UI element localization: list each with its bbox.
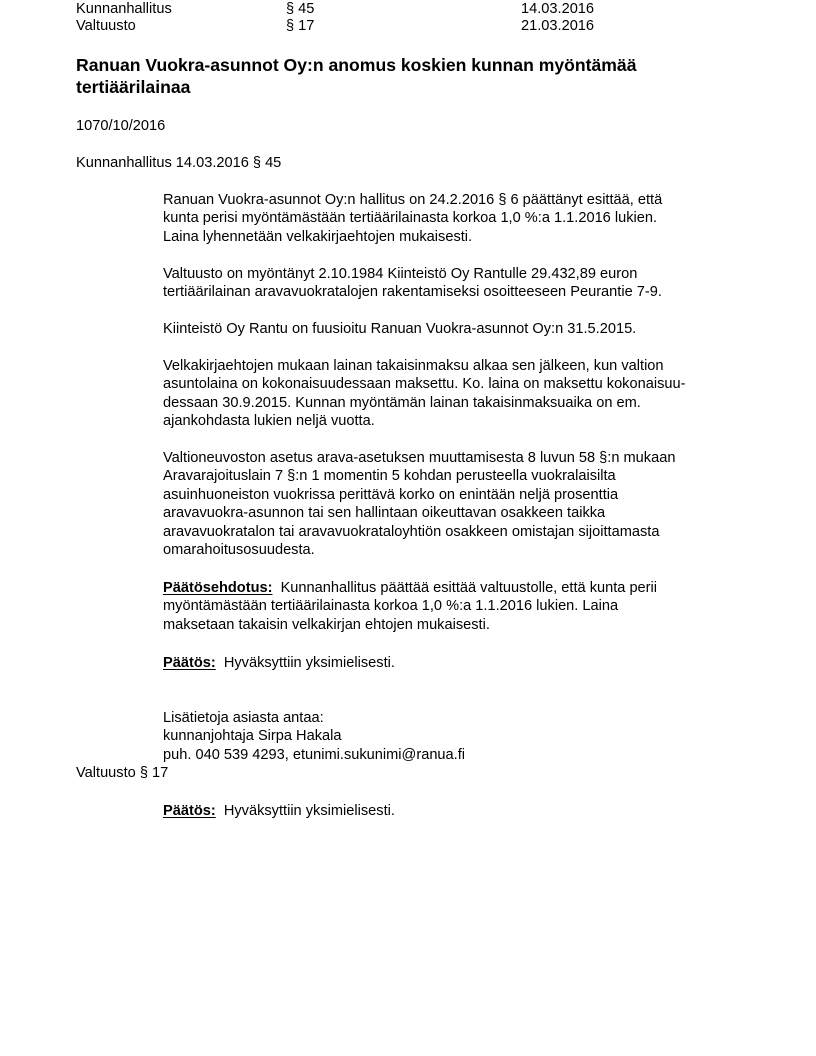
proposal-text: Kunnanhallitus päättää esittää valtuusto… [281,580,657,596]
decision-label: Päätös: [163,803,216,819]
contact-info: Lisätietoja asiasta antaa: kunnanjohtaja… [163,709,753,764]
text-line: asuinhuoneiston vuokrissa perittävä kork… [163,486,753,504]
paragraph-valtuusto-laina: Valtuusto on myöntänyt 2.10.1984 Kiintei… [163,265,753,302]
decision-proposal: Päätösehdotus: Kunnanhallitus päättää es… [163,579,753,634]
text-line: ajankohdasta lukien neljä vuotta. [163,412,753,430]
document-title: Ranuan Vuokra-asunnot Oy:n anomus koskie… [76,54,716,98]
text-line: dessaan 30.9.2015. Kunnan myöntämän lain… [163,394,753,412]
header-section: § 45 [286,0,314,18]
paragraph-hallitus-esitys: Ranuan Vuokra-asunnot Oy:n hallitus on 2… [163,191,753,246]
text-line: tertiäärilainan aravavuokratalojen raken… [163,283,753,301]
contact-phone-email: puh. 040 539 4293, etunimi.sukunimi@ranu… [163,746,753,764]
valtuusto-heading: Valtuusto § 17 [76,764,168,782]
document-page: Kunnanhallitus § 45 14.03.2016 Valtuusto… [0,0,816,1056]
proposal-label: Päätösehdotus: [163,580,272,596]
decision-kunnanhallitus: Päätös: Hyväksyttiin yksimielisesti. [163,654,753,672]
text-line: myöntämästään tertiäärilainasta korkoa 1… [163,597,753,615]
text-line: kunta perisi myöntämästään tertiäärilain… [163,209,753,227]
contact-intro: Lisätietoja asiasta antaa: [163,709,753,727]
text-line: maksetaan takaisin velkakirjan ehtojen m… [163,616,753,634]
contact-person: kunnanjohtaja Sirpa Hakala [163,727,753,745]
text-line: Kiinteistö Oy Rantu on fuusioitu Ranuan … [163,320,753,338]
header-date: 21.03.2016 [521,17,594,35]
kunnanhallitus-heading: Kunnanhallitus 14.03.2016 § 45 [76,154,281,172]
text-line: omarahoitusosuudesta. [163,541,753,559]
paragraph-velkakirjaehdot: Velkakirjaehtojen mukaan lainan takaisin… [163,357,753,431]
header-body: Valtuusto [76,17,136,35]
decision-label: Päätös: [163,655,216,671]
title-line: tertiäärilainaa [76,76,716,98]
text-line: Ranuan Vuokra-asunnot Oy:n hallitus on 2… [163,191,753,209]
paragraph-fuusio: Kiinteistö Oy Rantu on fuusioitu Ranuan … [163,320,753,338]
decision-text: Hyväksyttiin yksimielisesti. [224,655,395,671]
text-line: aravavuokratalon tai aravavuokrataloyhti… [163,523,753,541]
text-line: Aravarajoituslain 7 §:n 1 momentin 5 koh… [163,467,753,485]
title-line: Ranuan Vuokra-asunnot Oy:n anomus koskie… [76,54,716,76]
header-date: 14.03.2016 [521,0,594,18]
text-line: Velkakirjaehtojen mukaan lainan takaisin… [163,357,753,375]
text-line: Laina lyhennetään velkakirjaehtojen muka… [163,228,753,246]
header-body: Kunnanhallitus [76,0,172,18]
text-line: aravavuokra-asunnon tai sen hallintaan o… [163,504,753,522]
header-section: § 17 [286,17,314,35]
text-line: asuntolaina on kokonaisuudessaan maksett… [163,375,753,393]
header-row-kunnanhallitus: Kunnanhallitus § 45 14.03.2016 [76,0,776,18]
paragraph-asetus: Valtioneuvoston asetus arava-asetuksen m… [163,449,753,559]
proposal-first-line: Päätösehdotus: Kunnanhallitus päättää es… [163,579,753,597]
header-row-valtuusto: Valtuusto § 17 21.03.2016 [76,17,776,35]
decision-text: Hyväksyttiin yksimielisesti. [224,803,395,819]
text-line: Valtuusto on myöntänyt 2.10.1984 Kiintei… [163,265,753,283]
text-line: Valtioneuvoston asetus arava-asetuksen m… [163,449,753,467]
case-number: 1070/10/2016 [76,117,165,135]
decision-valtuusto: Päätös: Hyväksyttiin yksimielisesti. [163,802,753,820]
